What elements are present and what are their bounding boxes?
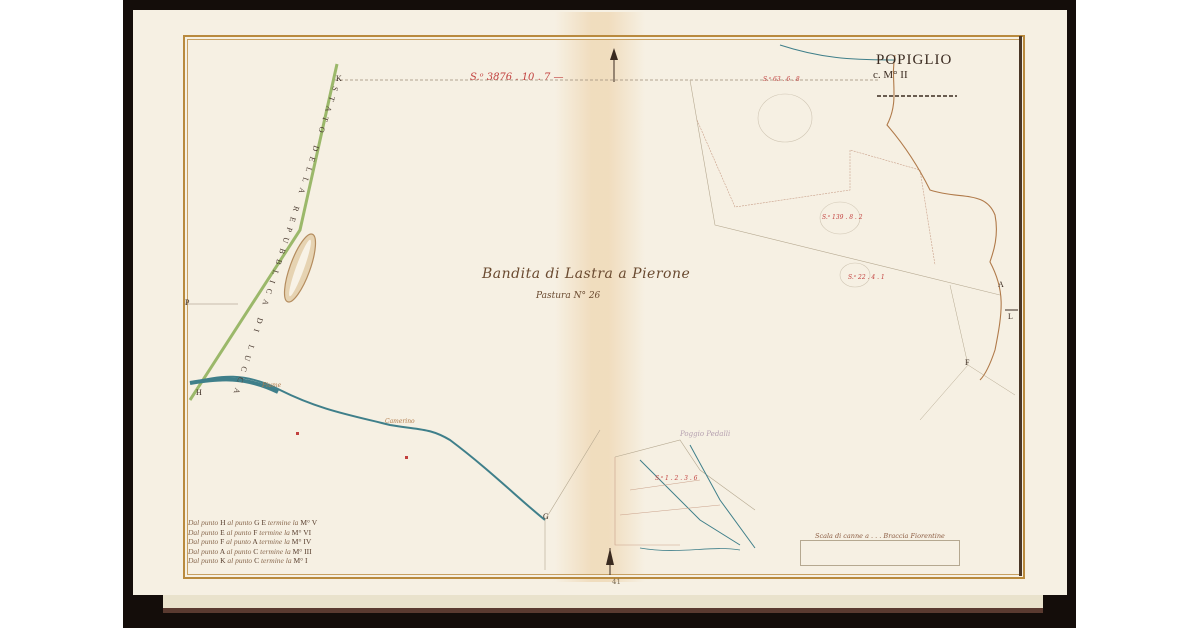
point-letter-a: A [998, 280, 1004, 289]
top-measure: S.ᵒ 3876 . 10 . 7 — [470, 72, 564, 83]
legend: Dal punto H al punto G E termine la M° V… [188, 518, 317, 566]
parcel-label: S.ᵒ 1 . 2 . 3 . 6 [655, 475, 697, 482]
hamlet-label: Poggio Pedalli [680, 430, 730, 438]
point-letter-f: F [965, 358, 969, 367]
point-letter-p: P [185, 298, 189, 307]
page-number: 41 [612, 578, 621, 586]
river-line [190, 377, 545, 520]
north-arrow-icon [610, 48, 618, 82]
point-letter-l: L [1008, 312, 1013, 321]
map-title: Bandita di Lastra a Pierone [482, 266, 690, 282]
legend-row: Dal punto E al punto F termine la M° VI [188, 528, 317, 538]
south-arrow-icon [606, 548, 614, 575]
legend-row: Dal punto H al punto G E termine la M° V [188, 518, 317, 528]
place-subtitle: c. M° II [873, 69, 908, 81]
scale-table [800, 540, 960, 566]
parcel-label: S.ᵒ 22 . 4 . 1 [848, 274, 885, 281]
point-letter-k: K [336, 74, 342, 83]
parcel-label: S.ᵒ 139 . 8 . 2 [822, 214, 863, 221]
scale-title: Scala di canne a . . . Braccia Fiorentin… [815, 532, 945, 540]
point-letter-h: H [196, 388, 202, 397]
legend-row: Dal punto K al punto C termine la M° I [188, 556, 317, 566]
state-border-line [190, 64, 337, 400]
legend-row: Dal punto A al punto C termine la M° III [188, 547, 317, 557]
map-subtitle: Pastura N° 26 [536, 291, 600, 301]
place-name: POPIGLIO [876, 52, 952, 69]
legend-row: Dal punto F al punto A termine la M° IV [188, 537, 317, 547]
map-drawing [0, 0, 1200, 628]
river-label: Fiume [262, 382, 281, 389]
building-icon [296, 432, 299, 435]
river-label: Camerino [385, 418, 415, 425]
parcel-label: S.ᵒ 63 . 6 . 8 [763, 76, 800, 83]
building-icon [405, 456, 408, 459]
point-letter-g: G [543, 512, 549, 521]
road-line [887, 55, 1001, 380]
